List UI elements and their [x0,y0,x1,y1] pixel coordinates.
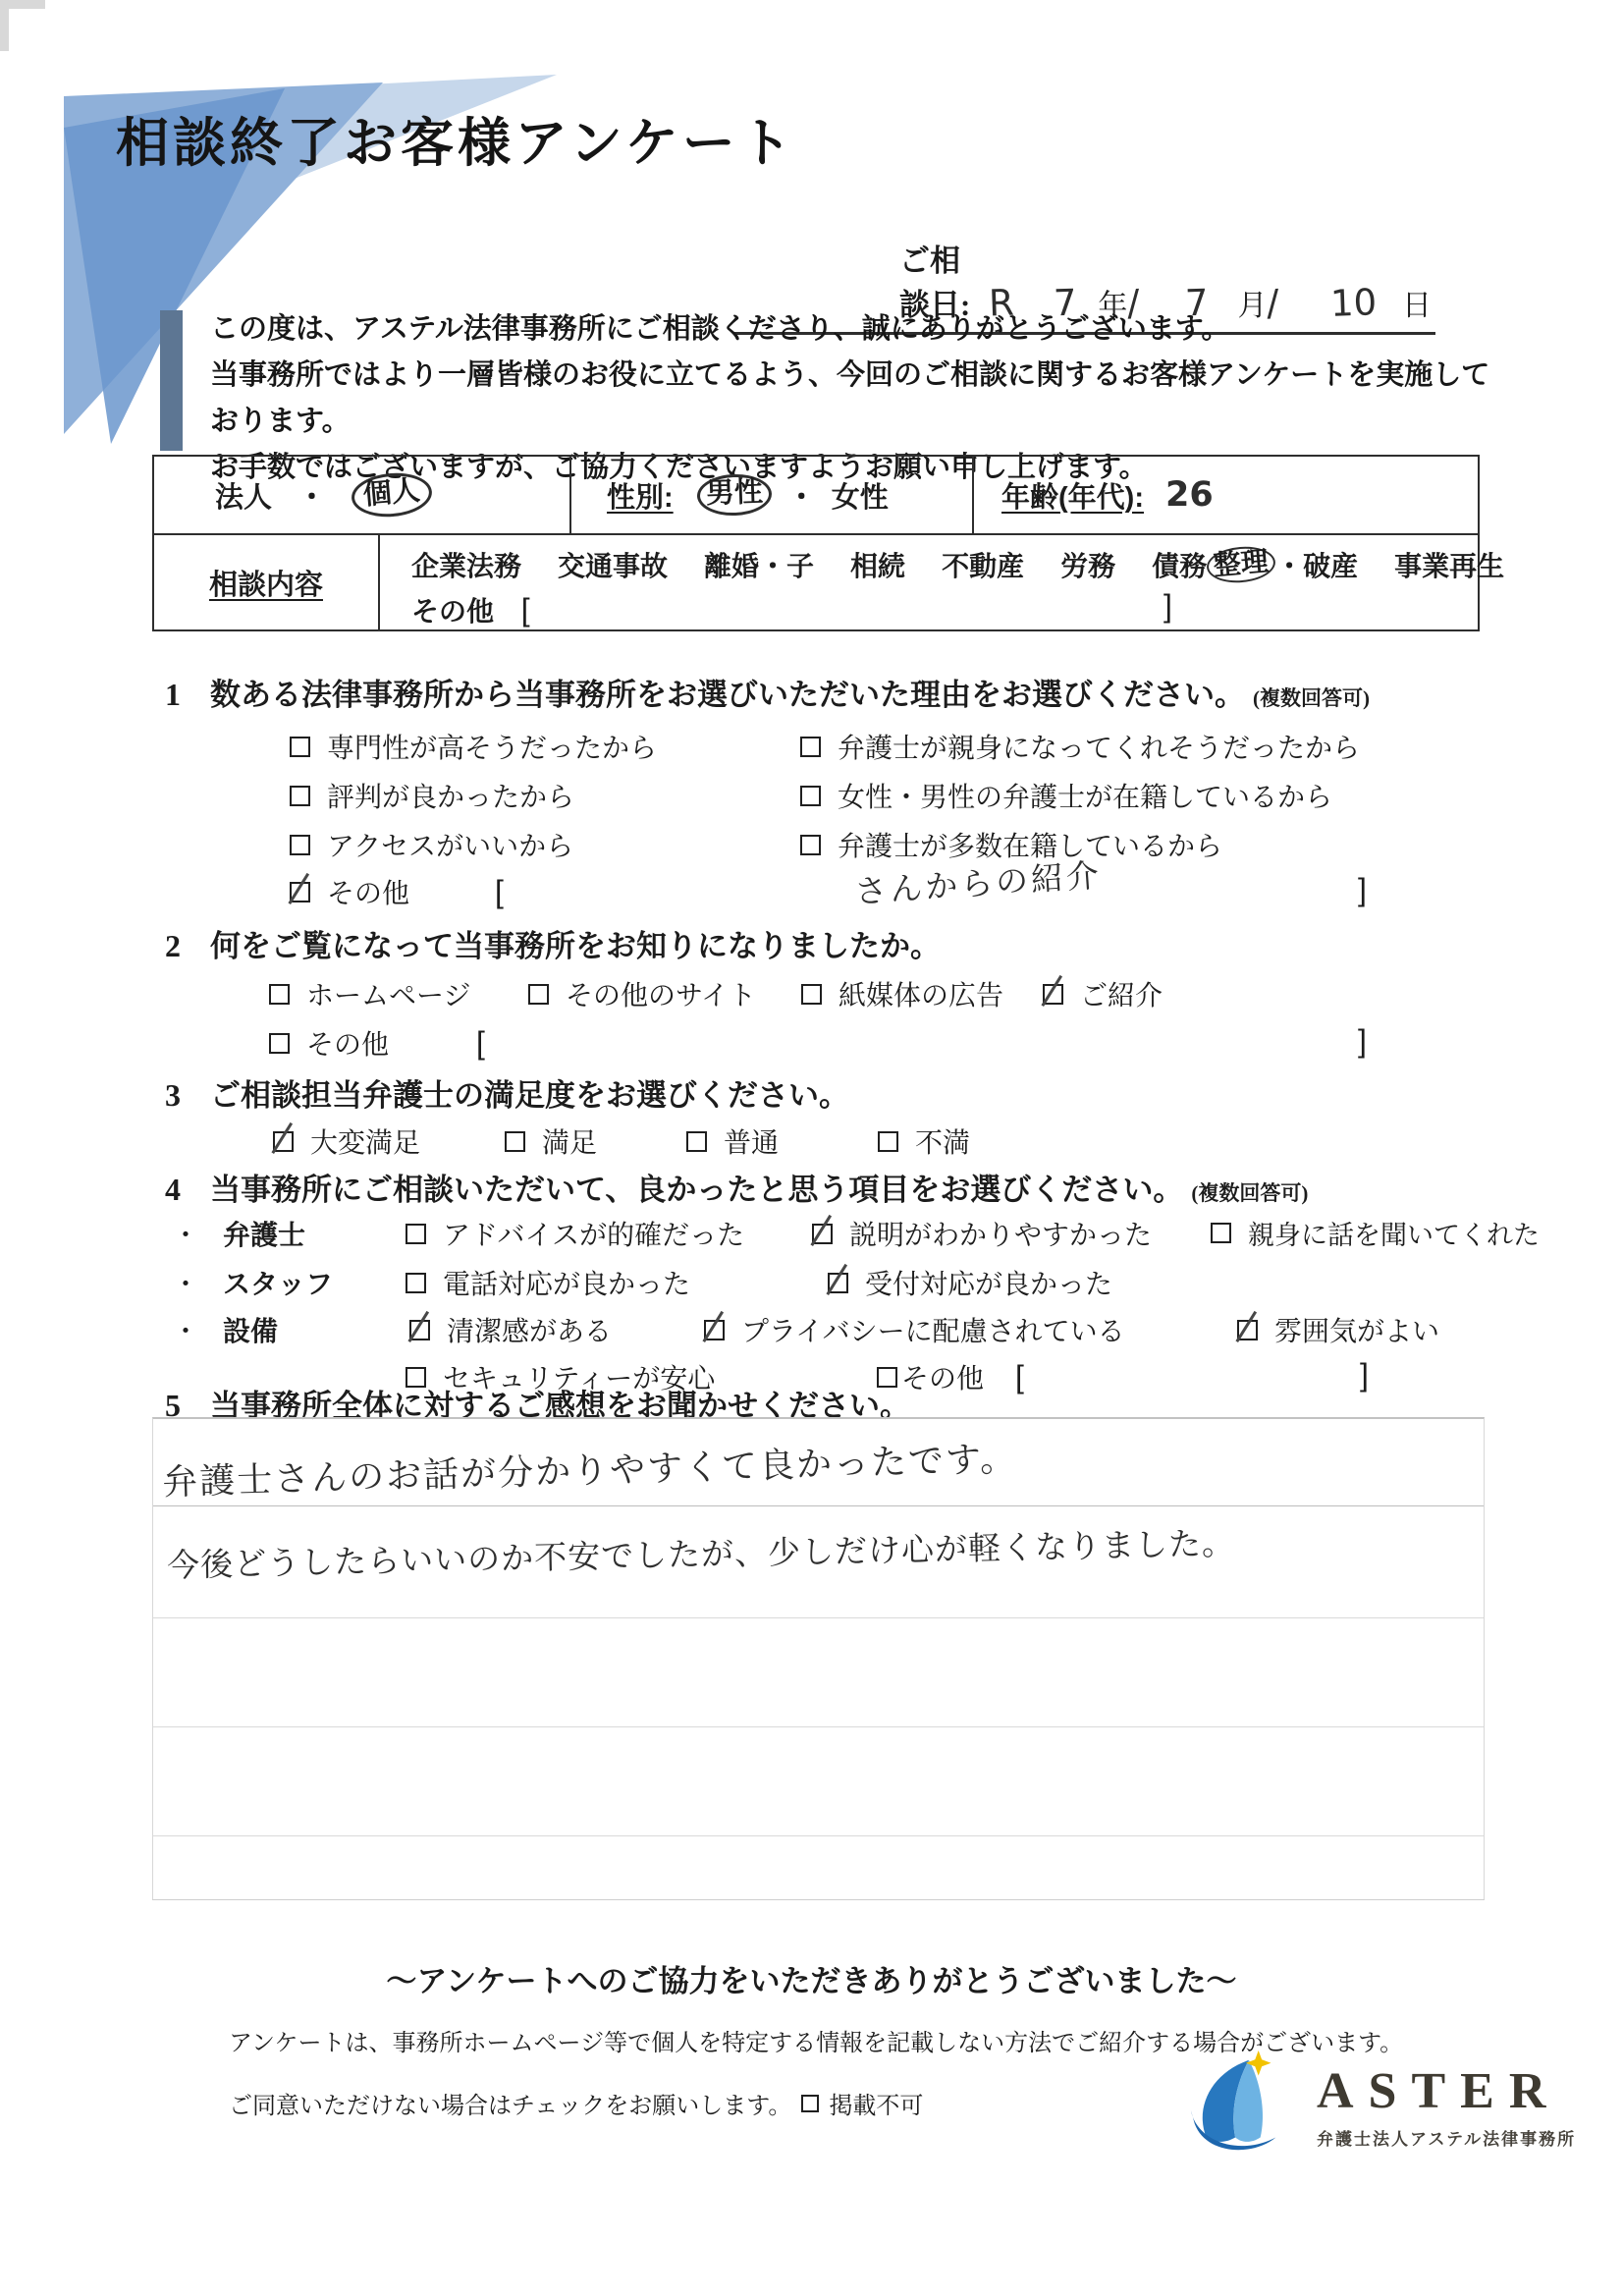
profile-row-1: 法人 ・ 個人 性別: 男性 ・ 女性 年齢(年代): 26 [154,457,1478,535]
question-4-header: 4 当事務所にご相談いただいて、良かったと思う項目をお選びください。 (複数回答… [165,1165,1540,1209]
topic-debt-post: ・破産 [1275,545,1358,584]
handwritten-circle-male: 男性 [696,472,772,517]
option-label: 普通 [724,1121,779,1161]
topic-realestate[interactable]: 不動産 [942,545,1024,584]
option-label: アドバイスが的確だった [443,1214,744,1253]
question-1-header: 1 数ある法律事務所から当事務所をお選びいただいた理由をお選びください。 (複数… [165,670,1481,714]
question-3-title: ご相談担当弁護士の満足度をお選びください。 [210,1070,849,1115]
footer-note-2: ご同意いただけない場合はチェックをお願いします。 掲載不可 [229,2086,923,2120]
q4-option-reception-service[interactable]: 受付対応が良かった [828,1263,1112,1302]
checkbox[interactable] [801,984,822,1005]
option-label: その他のサイト [566,974,756,1013]
q4-option-cleanliness[interactable]: 清潔感がある [409,1310,612,1349]
option-label: 評判が良かったから [327,776,574,815]
category-label: スタッフ [223,1263,333,1302]
option-label: 説明がわかりやすかった [849,1214,1152,1253]
age-label: 年齢(年代): [1001,475,1144,516]
checkbox[interactable] [800,835,821,855]
option-label: 紙媒体の広告 [839,974,1003,1013]
q3-option-neutral[interactable]: 普通 [686,1121,779,1161]
ruled-line [153,1835,1484,1836]
q4-category-facility: ・ 設備 [172,1310,278,1349]
option-label: ご紹介 [1080,974,1163,1013]
question-2-number: 2 [165,928,210,964]
handwritten-circle-debt: 整理 [1206,544,1277,585]
checkbox[interactable] [686,1131,707,1152]
separator-dot: ・ [298,475,326,516]
q1-option-expertise[interactable]: 専門性が高そうだったから [290,727,657,766]
consult-topic-header: 相談内容 [154,535,380,629]
topic-revitalization[interactable]: 事業再生 [1394,545,1504,584]
question-2-title: 何をご覧になって当事務所をお知りになりましたか。 [210,921,941,965]
checkbox[interactable] [704,1320,725,1340]
topic-labor[interactable]: 労務 [1060,545,1115,584]
option-label: 親身に話を聞いてくれた [1248,1214,1540,1252]
no-publish-label: 掲載不可 [829,2086,923,2120]
checkbox[interactable] [269,1033,290,1054]
profile-row-2: 相談内容 企業法務 交通事故 離婚・子 相続 不動産 労務 債務整理・破産 事業… [154,535,1478,629]
checkbox[interactable] [290,835,310,855]
thanks-message: ～アンケートへのご協力をいただきありがとうございました～ [0,1956,1623,2000]
topic-debt-pre: 債務 [1152,545,1207,584]
topic-category-list: 企業法務 交通事故 離婚・子 相続 不動産 労務 債務整理・破産 事業再生 [411,545,1462,584]
question-1-number: 1 [165,677,210,713]
corp-option[interactable]: 法人 [215,475,272,516]
aster-sail-logo-icon [1183,2049,1299,2164]
question-3-header: 3 ご相談担当弁護士の満足度をお選びください。 [165,1070,1481,1115]
question-3-number: 3 [165,1077,210,1114]
q4-option-privacy[interactable]: プライバシーに配慮されている [704,1310,1125,1349]
q1-option-reputation[interactable]: 評判が良かったから [290,776,574,815]
intro-line-1: この度は、アステル法律事務所にご相談くださり、誠にありがとうございます。 [210,306,1516,353]
entity-type-cell: 法人 ・ 個人 [154,457,571,533]
option-label: 電話対応が良かった [443,1263,690,1302]
q4-option-phone-service[interactable]: 電話対応が良かった [406,1263,690,1302]
intro-line-2: 当事務所ではより一層皆様のお役に立てるよう、今回のご相談に関するお客様アンケート… [210,353,1516,445]
page-title: 相談終了お客様アンケート [116,101,796,177]
footer-note-2-text: ご同意いただけない場合はチェックをお願いします。 [229,2086,791,2120]
bracket-close: ] [1358,1023,1367,1060]
handwritten-circle-individual: 個人 [350,469,434,519]
handwritten-age: 26 [1165,475,1214,515]
checkbox[interactable] [505,1131,525,1152]
question-4-title: 当事務所にご相談いただいて、良かったと思う項目をお選びください。 [210,1165,1183,1209]
check-mark [826,1263,847,1294]
checkbox[interactable] [406,1273,426,1293]
checkbox[interactable] [878,1131,898,1152]
topic-other-label[interactable]: その他 [411,596,494,627]
q3-option-very-satisfied[interactable]: 大変満足 [273,1121,420,1161]
topic-inheritance[interactable]: 相続 [850,545,905,584]
individual-option[interactable]: 個人 [362,474,422,511]
checkbox[interactable] [828,1273,848,1293]
q4-category-lawyer: ・ 弁護士 [172,1214,305,1253]
logo-subtitle: 弁護士法人アステル法律事務所 [1317,2125,1576,2150]
option-label: プライバシーに配慮されている [741,1310,1125,1349]
checkbox[interactable] [1043,984,1063,1005]
profile-table: 法人 ・ 個人 性別: 男性 ・ 女性 年齢(年代): 26 相談内容 [152,455,1480,631]
check-mark [1235,1310,1257,1341]
q2-option-other[interactable]: その他 [ ] [269,1023,1380,1063]
checkbox[interactable] [528,984,549,1005]
option-label: ホームページ [306,974,470,1013]
female-option[interactable]: 女性 [832,475,889,516]
checkbox[interactable] [800,786,821,806]
gender-cell: 性別: 男性 ・ 女性 [571,457,974,533]
bracket-open: [ [495,874,504,910]
check-mark [1041,974,1062,1006]
q1-option-access[interactable]: アクセスがいいから [290,825,573,864]
no-publish-checkbox[interactable] [801,2095,819,2112]
gender-label: 性別: [607,475,674,516]
option-label: 女性・男性の弁護士が在籍しているから [838,776,1332,815]
check-mark [810,1214,832,1245]
topic-debt-circled: 整理 [1213,545,1271,580]
q4-option-atmosphere[interactable]: 雰囲気がよい [1237,1310,1439,1349]
q2-option-referral[interactable]: ご紹介 [1043,974,1163,1013]
q1-option-other[interactable]: その他 [ さんからの紹介 ] [290,872,1380,911]
logo-wordmark: ASTER [1317,2066,1576,2117]
checkbox[interactable] [800,737,821,757]
option-label: 雰囲気がよい [1274,1310,1439,1349]
question-1-title: 数ある法律事務所から当事務所をお選びいただいた理由をお選びください。 [210,670,1245,714]
bracket-close: ] [1358,872,1367,908]
option-label: 弁護士が親身になってくれそうだったから [838,727,1360,766]
ruled-line [153,1726,1484,1727]
option-label: 清潔感がある [447,1310,612,1349]
option-label: その他 [306,1023,389,1063]
checkbox[interactable] [290,882,310,902]
topic-other-row: その他 [ [411,590,530,629]
option-label: 大変満足 [310,1121,420,1161]
ruled-line [153,1505,1484,1506]
check-mark [271,1121,293,1153]
question-2-header: 2 何をご覧になって当事務所をお知りになりましたか。 [165,921,1481,965]
option-label: 不満 [915,1121,970,1161]
q4-category-staff: ・ スタッフ [172,1263,333,1302]
checkbox[interactable] [269,984,290,1005]
question-1-note: (複数回答可) [1253,683,1370,712]
option-label: 満足 [542,1121,597,1161]
checkbox[interactable] [406,1224,426,1244]
bracket-open: [ [521,592,530,628]
q1-option-kind-lawyer[interactable]: 弁護士が親身になってくれそうだったから [800,727,1360,766]
q3-option-unsatisfied[interactable]: 不満 [878,1121,970,1161]
checkbox[interactable] [1237,1320,1258,1340]
category-label: 設備 [223,1310,278,1349]
q3-option-satisfied[interactable]: 満足 [505,1121,597,1161]
option-label: アクセスがいいから [327,825,573,864]
bracket-close: ] [1163,588,1172,625]
checkbox[interactable] [290,786,310,806]
separator-dot: ・ [787,475,816,516]
scan-artifact [0,0,9,51]
survey-document: 相談終了お客様アンケート ご相談日: R 7 年 / 7 月 / 10 日 この… [0,0,1623,2296]
intro-accent-bar [160,310,183,451]
category-label: 弁護士 [223,1214,305,1253]
checkbox[interactable] [1211,1223,1231,1243]
topic-traffic[interactable]: 交通事故 [558,545,668,584]
q4-option-clear-explanation[interactable]: 説明がわかりやすかった [812,1214,1152,1253]
bullet: ・ [172,1310,199,1349]
male-option[interactable]: 男性 [705,476,763,510]
option-label: 受付対応が良かった [865,1263,1112,1302]
checkbox[interactable] [409,1320,430,1340]
checkbox[interactable] [273,1131,294,1152]
q4-option-accurate-advice[interactable]: アドバイスが的確だった [406,1214,744,1253]
topic-corporate[interactable]: 企業法務 [411,545,521,584]
age-cell: 年齢(年代): 26 [974,457,1478,533]
q1-option-male-female-lawyers[interactable]: 女性・男性の弁護士が在籍しているから [800,776,1332,815]
q2-option-homepage[interactable]: ホームページ [269,974,470,1013]
topic-divorce[interactable]: 離婚・子 [704,545,814,584]
firm-logo: ASTER 弁護士法人アステル法律事務所 [1183,2049,1576,2164]
option-label: 専門性が高そうだったから [327,727,657,766]
option-label: その他 [327,872,409,911]
bracket-open: [ [476,1025,485,1062]
bullet: ・ [172,1263,199,1302]
check-mark [288,872,309,903]
check-mark [407,1310,429,1341]
check-mark [702,1310,724,1341]
topic-debt[interactable]: 債務整理・破産 [1152,545,1358,584]
question-4-number: 4 [165,1172,210,1208]
ruled-line [153,1617,1484,1618]
checkbox[interactable] [812,1224,833,1244]
q2-option-other-site[interactable]: その他のサイト [528,974,756,1013]
question-4-note: (複数回答可) [1191,1177,1308,1207]
q2-option-print-ad[interactable]: 紙媒体の広告 [801,974,1003,1013]
checkbox[interactable] [290,737,310,757]
q4-option-listened-kindly[interactable]: 親身に話を聞いてくれた [1211,1214,1540,1252]
bullet: ・ [172,1214,199,1253]
